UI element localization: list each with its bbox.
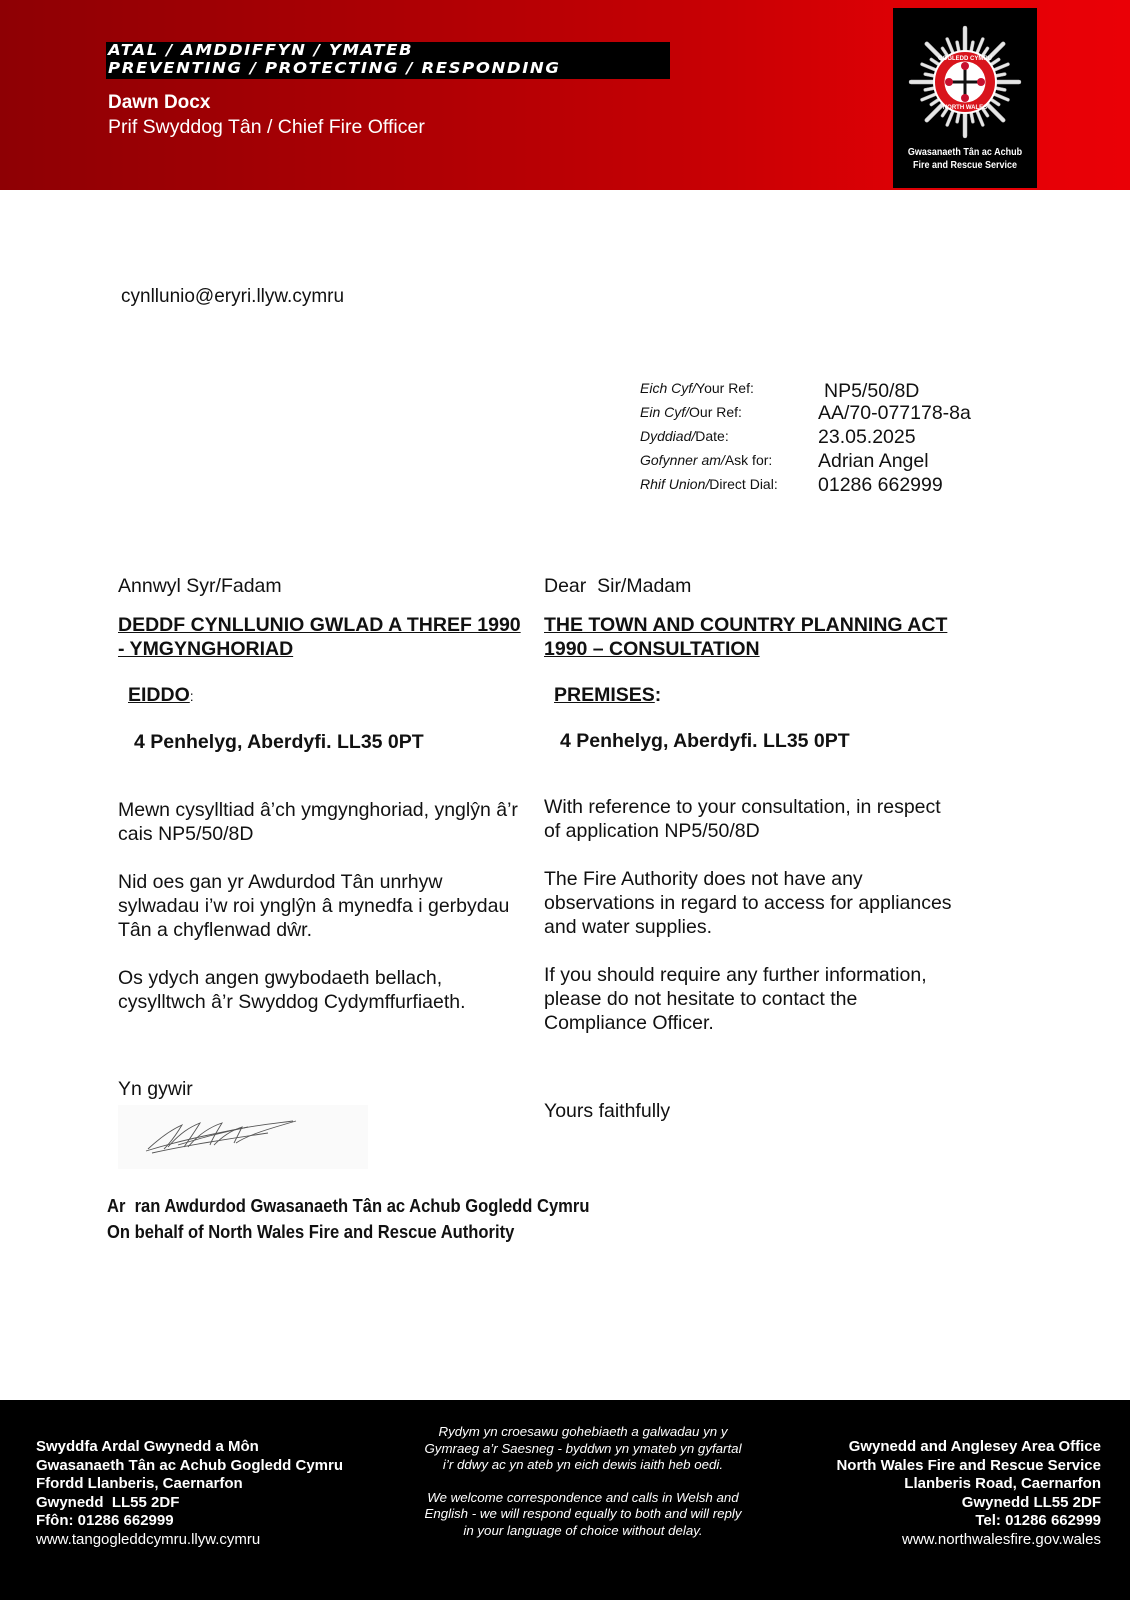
footer-language-statement: Rydym yn croesawu gohebiaeth a galwadau … bbox=[420, 1424, 746, 1539]
logo-ring-bottom: NORTH WALES bbox=[943, 105, 987, 111]
fire-service-crest-icon: GOGLEDD CYMRU NORTH WALES bbox=[905, 22, 1025, 142]
reference-row: Eich Cyf/Your Ref:NP5/50/8D bbox=[640, 380, 1000, 404]
welsh-paragraph-1: Mewn cysylltiad â’ch ymgynghoriad, ynglŷ… bbox=[118, 798, 528, 846]
signature bbox=[118, 1105, 368, 1169]
welsh-paragraph-3: Os ydych angen gwybodaeth bellach, cysyl… bbox=[118, 966, 528, 1014]
english-paragraph-3: If you should require any further inform… bbox=[544, 963, 954, 1035]
on-behalf-signoff: Ar ran Awdurdod Gwasanaeth Tân ac Achub … bbox=[107, 1193, 589, 1245]
footer-right-line: Gwynedd and Anglesey Area Office bbox=[836, 1438, 1101, 1457]
officer-name: Dawn Docx bbox=[108, 92, 210, 114]
fire-service-logo: GOGLEDD CYMRU NORTH WALES Gwasanaeth Tân… bbox=[893, 8, 1037, 188]
footer-left-line: Ffordd Llanberis, Caernarfon bbox=[36, 1475, 343, 1494]
welsh-premises-label: EIDDO: bbox=[128, 683, 528, 708]
reference-row: Dyddiad/Date:23.05.2025 bbox=[640, 428, 1000, 452]
motto-welsh: ATAL / AMDDIFFYN / YMATEB bbox=[108, 42, 668, 59]
english-paragraph-2: The Fire Authority does not have any obs… bbox=[544, 867, 954, 939]
english-premises-label: PREMISES: bbox=[554, 683, 954, 707]
recipient-email: cynllunio@eryri.llyw.cymru bbox=[121, 286, 344, 308]
letterhead-banner: ATAL / AMDDIFFYN / YMATEB PREVENTING / P… bbox=[0, 0, 1130, 190]
reference-value: AA/70-077178-8a bbox=[818, 402, 971, 425]
footer-left-line: Swyddfa Ardal Gwynedd a Môn bbox=[36, 1438, 343, 1457]
english-column: Dear Sir/Madam THE TOWN AND COUNTRY PLAN… bbox=[544, 574, 954, 1035]
footer-right-line: Tel: 01286 662999 bbox=[836, 1512, 1101, 1531]
english-premises-address: 4 Penhelyg, Aberdyfi. LL35 0PT bbox=[560, 729, 954, 753]
reference-value: 23.05.2025 bbox=[818, 426, 916, 449]
logo-caption-welsh: Gwasanaeth Tân ac Achub bbox=[900, 146, 1030, 159]
footer-welsh-address: Swyddfa Ardal Gwynedd a Môn Gwasanaeth T… bbox=[36, 1438, 343, 1549]
footer-right-line: Llanberis Road, Caernarfon bbox=[836, 1475, 1101, 1494]
reference-row: Gofynner am/Ask for:Adrian Angel bbox=[640, 452, 1000, 476]
welsh-column: Annwyl Syr/Fadam DEDDF CYNLLUNIO GWLAD A… bbox=[118, 574, 528, 1014]
footer-left-line: Gwasanaeth Tân ac Achub Gogledd Cymru bbox=[36, 1457, 343, 1476]
reference-label: Rhif Union/Direct Dial: bbox=[640, 476, 778, 492]
welsh-heading: DEDDF CYNLLUNIO GWLAD A THREF 1990 - YMG… bbox=[118, 613, 528, 661]
reference-label: Eich Cyf/Your Ref: bbox=[640, 380, 754, 396]
footer-english-address: Gwynedd and Anglesey Area Office North W… bbox=[836, 1438, 1101, 1549]
on-behalf-english: On behalf of North Wales Fire and Rescue… bbox=[107, 1219, 589, 1245]
letter-footer: Swyddfa Ardal Gwynedd a Môn Gwasanaeth T… bbox=[0, 1400, 1130, 1600]
footer-left-line: Gwynedd LL55 2DF bbox=[36, 1494, 343, 1513]
english-closing: Yours faithfully bbox=[544, 1100, 670, 1123]
footer-right-line: Gwynedd LL55 2DF bbox=[836, 1494, 1101, 1513]
motto-english: PREVENTING / PROTECTING / RESPONDING bbox=[108, 60, 668, 77]
reference-label: Ein Cyf/Our Ref: bbox=[640, 404, 742, 420]
welsh-closing: Yn gywir bbox=[118, 1078, 193, 1101]
reference-label: Dyddiad/Date: bbox=[640, 428, 729, 444]
reference-value: NP5/50/8D bbox=[824, 380, 919, 403]
logo-caption-english: Fire and Rescue Service bbox=[900, 159, 1030, 172]
reference-row: Rhif Union/Direct Dial:01286 662999 bbox=[640, 476, 1000, 500]
handwritten-signature-icon bbox=[118, 1105, 368, 1169]
motto-block: ATAL / AMDDIFFYN / YMATEB PREVENTING / P… bbox=[106, 42, 670, 79]
english-salutation: Dear Sir/Madam bbox=[544, 574, 954, 598]
reference-value: Adrian Angel bbox=[818, 450, 929, 473]
english-heading: THE TOWN AND COUNTRY PLANNING ACT 1990 –… bbox=[544, 613, 954, 661]
footer-left-line: Ffôn: 01286 662999 bbox=[36, 1512, 343, 1531]
footer-right-line: North Wales Fire and Rescue Service bbox=[836, 1457, 1101, 1476]
footer-english-website-link[interactable]: www.northwalesfire.gov.wales bbox=[836, 1531, 1101, 1550]
footer-welsh-website-link[interactable]: www.tangogleddcymru.llyw.cymru bbox=[36, 1531, 343, 1550]
on-behalf-welsh: Ar ran Awdurdod Gwasanaeth Tân ac Achub … bbox=[107, 1193, 589, 1219]
language-statement-english: We welcome correspondence and calls in W… bbox=[420, 1490, 746, 1540]
officer-title: Prif Swyddog Tân / Chief Fire Officer bbox=[108, 116, 425, 139]
reference-label: Gofynner am/Ask for: bbox=[640, 452, 772, 468]
welsh-salutation: Annwyl Syr/Fadam bbox=[118, 574, 528, 598]
logo-ring-top: GOGLEDD CYMRU bbox=[938, 56, 992, 62]
language-statement-welsh: Rydym yn croesawu gohebiaeth a galwadau … bbox=[420, 1424, 746, 1474]
reference-value: 01286 662999 bbox=[818, 474, 943, 497]
welsh-premises-address: 4 Penhelyg, Aberdyfi. LL35 0PT bbox=[134, 730, 528, 754]
reference-row: Ein Cyf/Our Ref:AA/70-077178-8a bbox=[640, 404, 1000, 428]
welsh-paragraph-2: Nid oes gan yr Awdurdod Tân unrhyw sylwa… bbox=[118, 870, 528, 942]
logo-caption: Gwasanaeth Tân ac Achub Fire and Rescue … bbox=[900, 146, 1030, 172]
reference-block: Eich Cyf/Your Ref:NP5/50/8DEin Cyf/Our R… bbox=[640, 380, 1000, 500]
english-paragraph-1: With reference to your consultation, in … bbox=[544, 795, 954, 843]
